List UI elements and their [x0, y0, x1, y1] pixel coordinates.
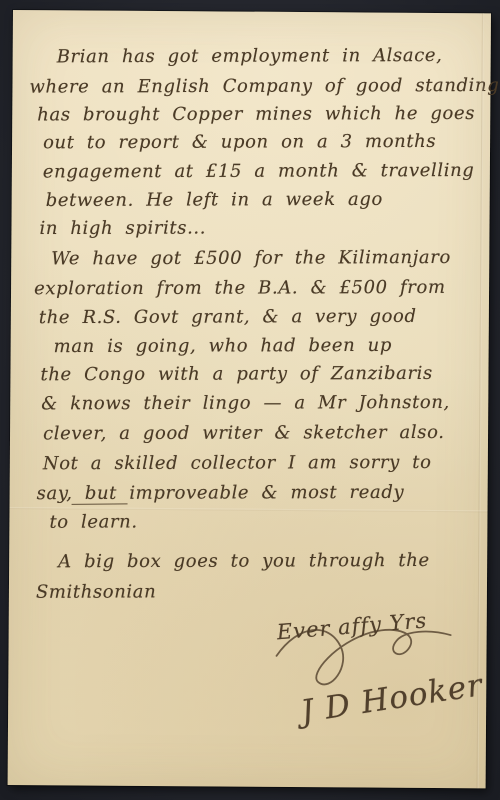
letter-line: Not a skilled collector I am sorry to [43, 452, 432, 474]
letter-line: to learn. [49, 511, 137, 532]
letter-line: & knows their lingo — a Mr Johnston, [41, 392, 450, 414]
letter-line: engagement at £15 a month & travelling [43, 160, 475, 183]
letter-line: Brian has got employment in Alsace, [57, 45, 443, 67]
letter-line: A big box goes to you through the [58, 550, 430, 572]
letter-line: Smithsonian [36, 581, 156, 602]
letter-signature: J D Hooker [299, 667, 486, 730]
letter-line: has brought Copper mines which he goes [37, 103, 475, 126]
letter-line: We have got £500 for the Kilimanjaro [51, 247, 451, 269]
letter-line: in high spirits... [39, 217, 206, 239]
skilled-word-underline [72, 503, 128, 505]
letter-line: say, but improveable & most ready [37, 482, 405, 504]
letter-line: the Congo with a party of Zanzibaris [40, 363, 432, 385]
letter-line: man is going, who had been up [54, 335, 392, 357]
letter-line: clever, a good writer & sketcher also. [43, 422, 445, 444]
letter-line: out to report & upon on a 3 months [43, 131, 436, 153]
letter-line: exploration from the B.A. & £500 from [34, 277, 446, 299]
letter-line: the R.S. Govt grant, & a very good [39, 306, 417, 328]
letter-line: between. He left in a week ago [46, 189, 383, 211]
letter-line: where an English Company of good standin… [29, 75, 499, 98]
letter-closing: Ever affy Yrs [276, 608, 428, 644]
letter-paper: Brian has got employment in Alsace, wher… [8, 10, 491, 788]
letter-photograph: Brian has got employment in Alsace, wher… [0, 0, 500, 800]
